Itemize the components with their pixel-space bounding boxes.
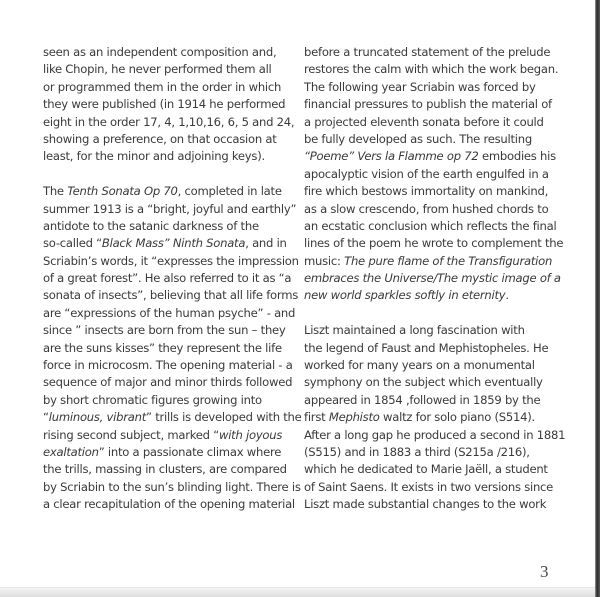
text-line: (S515) and in 1883 a third (S215a /216), xyxy=(304,444,559,461)
text-line: apocalyptic vision of the earth engulfed… xyxy=(304,166,559,183)
text-line: first Mephisto waltz for solo piano (S51… xyxy=(304,409,559,426)
text-line: showing a preference, on that occasion a… xyxy=(43,131,293,148)
text-run: music: xyxy=(304,254,344,268)
text-line: financial pressures to publish the mater… xyxy=(304,96,559,113)
text-run: embodies his xyxy=(479,149,556,163)
text-run: The xyxy=(43,184,67,198)
text-line: the legend of Faust and Mephistopheles. … xyxy=(304,340,559,357)
performance-marking: with joyous xyxy=(219,428,282,442)
text-line: or programmed them in the order in which xyxy=(43,79,293,96)
performance-marking: exaltation xyxy=(43,445,99,459)
text-line: which he dedicated to Marie Jaëll, a stu… xyxy=(304,461,559,478)
text-run: waltz for solo piano (S514). xyxy=(380,410,535,424)
text-line: sequence of major and minor thirds follo… xyxy=(43,374,293,391)
text-line: exaltation” into a passionate climax whe… xyxy=(43,444,293,461)
paragraph-tenth-sonata: The Tenth Sonata Op 70, completed in lat… xyxy=(43,183,293,513)
text-line: antidote to the satanic darkness of the xyxy=(43,218,293,235)
text-line: embraces the Universe/The mystic image o… xyxy=(304,270,559,287)
text-line: symphony on the subject which eventually xyxy=(304,374,559,391)
text-line: “luminous, vibrant” trills is developed … xyxy=(43,409,293,426)
paragraph-gap xyxy=(304,305,559,322)
right-column: before a truncated statement of the prel… xyxy=(304,44,559,514)
text-line: Liszt maintained a long fascination with xyxy=(304,322,559,339)
text-line: an ecstatic conclusion which reflects th… xyxy=(304,218,559,235)
left-column: seen as an independent composition and, … xyxy=(43,44,293,514)
text-line: as a slow crescendo, from hushed chords … xyxy=(304,201,559,218)
text-line: lines of the poem he wrote to complement… xyxy=(304,235,559,252)
text-line: eight in the order 17, 4, 1,10,16, 6, 5 … xyxy=(43,114,293,131)
text-line: rising second subject, marked “with joyo… xyxy=(43,427,293,444)
text-run: , and in xyxy=(245,236,286,250)
poem-quote: embraces the Universe/The mystic image o… xyxy=(304,271,561,285)
text-line: restores the calm with which the work be… xyxy=(304,61,559,78)
text-line: the trills, massing in clusters, are com… xyxy=(43,461,293,478)
text-run: first xyxy=(304,410,329,424)
text-line: worked for many years on a monumental xyxy=(304,357,559,374)
text-line: by Scriabin to the sun’s blinding light.… xyxy=(43,479,293,496)
scan-right-edge xyxy=(595,0,600,597)
text-line: be fully developed as such. The resultin… xyxy=(304,131,559,148)
text-line: appeared in 1854 ,followed in 1859 by th… xyxy=(304,392,559,409)
paragraph-preludes-order: seen as an independent composition and, … xyxy=(43,44,293,166)
work-title: “Poeme” Vers la Flamme op 72 xyxy=(304,149,479,163)
text-line: so-called “Black Mass” Ninth Sonata, and… xyxy=(43,235,293,252)
text-line: they were published (in 1914 he performe… xyxy=(43,96,293,113)
text-line: least, for the minor and adjoining keys)… xyxy=(43,148,293,165)
text-line: a projected eleventh sonata before it co… xyxy=(304,114,559,131)
text-run: , completed in late xyxy=(178,184,282,198)
text-line: force in microcosm. The opening material… xyxy=(43,357,293,374)
text-line: are the suns kisses” they represent the … xyxy=(43,340,293,357)
text-line: summer 1913 is a “bright, joyful and ear… xyxy=(43,201,293,218)
text-line: The Tenth Sonata Op 70, completed in lat… xyxy=(43,183,293,200)
text-line: After a long gap he produced a second in… xyxy=(304,427,559,444)
text-line: a clear recapitulation of the opening ma… xyxy=(43,496,293,513)
page-number: 3 xyxy=(540,562,549,582)
performance-marking: luminous, vibrant xyxy=(49,410,146,424)
work-title: Tenth Sonata Op 70 xyxy=(67,184,177,198)
text-run: ” into a passionate climax where xyxy=(99,445,281,459)
paragraph-gap xyxy=(43,166,293,183)
text-line: before a truncated statement of the prel… xyxy=(304,44,559,61)
paragraph-vers-la-flamme: before a truncated statement of the prel… xyxy=(304,44,559,305)
text-line: of Saint Saens. It exists in two version… xyxy=(304,479,559,496)
poem-quote: The pure flame of the Transfiguration xyxy=(344,254,552,268)
text-line: new world sparkles softly in eternity. xyxy=(304,287,559,304)
text-run: rising second subject, marked “ xyxy=(43,428,219,442)
text-run: ” trills is developed with the xyxy=(146,410,302,424)
text-line: are “expressions of the human psyche” - … xyxy=(43,305,293,322)
text-line: The following year Scriabin was forced b… xyxy=(304,79,559,96)
text-line: music: The pure flame of the Transfigura… xyxy=(304,253,559,270)
text-line: Scriabin’s words, it “expresses the impr… xyxy=(43,253,293,270)
text-run: so-called “ xyxy=(43,236,102,250)
text-line: sonata of insects”, believing that all l… xyxy=(43,287,293,304)
text-line: Liszt made substantial changes to the wo… xyxy=(304,496,559,513)
text-line: by short chromatic figures growing into xyxy=(43,392,293,409)
paragraph-liszt-mephisto: Liszt maintained a long fascination with… xyxy=(304,322,559,513)
work-title: Mephisto xyxy=(329,410,380,424)
booklet-page: seen as an independent composition and, … xyxy=(0,0,595,588)
work-title: Black Mass” Ninth Sonata xyxy=(102,236,245,250)
text-line: like Chopin, he never performed them all xyxy=(43,61,293,78)
text-line: “Poeme” Vers la Flamme op 72 embodies hi… xyxy=(304,148,559,165)
text-line: seen as an independent composition and, xyxy=(43,44,293,61)
text-line: fire which bestows immortality on mankin… xyxy=(304,183,559,200)
scan-bottom-edge xyxy=(0,587,600,597)
text-line: of a great forest”. He also referred to … xyxy=(43,270,293,287)
text-run: . xyxy=(505,288,508,302)
poem-quote: new world sparkles softly in eternity xyxy=(304,288,505,302)
text-line: since ” insects are born from the sun – … xyxy=(43,322,293,339)
